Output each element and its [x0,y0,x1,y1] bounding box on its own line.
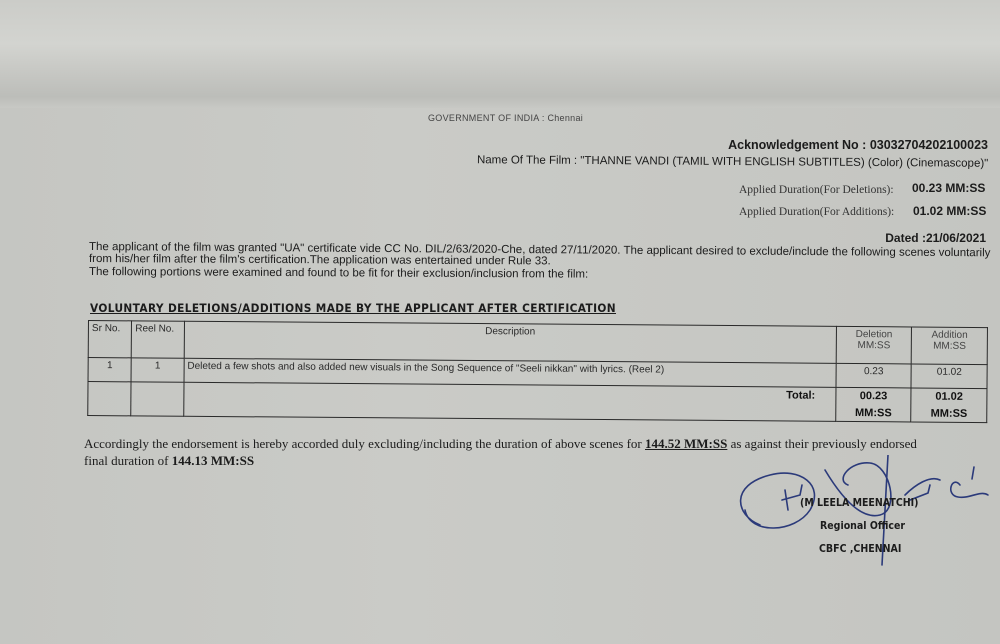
dated: Dated :21/06/2021 [885,231,986,245]
intro-line-2: from his/her film after the film's certi… [89,253,551,267]
section-heading: VOLUNTARY DELETIONS/ADDITIONS MADE BY TH… [90,301,616,315]
film-label: Name Of The Film : [477,154,577,167]
endorsement-line-2: final duration of 144.13 MM:SS [84,453,254,469]
header-deletion: Deletion MM:SS [836,326,912,364]
total-addition-unit: MM:SS [915,407,984,420]
dated-label: Dated : [885,231,926,245]
endorsement-line-1: Accordingly the endorsement is hereby ac… [84,436,917,452]
signatory-name: (M LEELA MEENATCHI) [800,497,919,509]
signatory-designation: Regional Officer [820,520,905,532]
signature-icon [730,455,1000,575]
total-label: Total: [183,382,835,421]
applied-deletions: Applied Duration(For Deletions): [739,180,894,198]
issuer-heading: GOVERNMENT OF INDIA : Chennai [428,113,583,123]
previous-duration: 144.13 MM:SS [172,453,254,468]
applied-additions: Applied Duration(For Additions): [739,202,894,220]
total-addition-value: 01.02 [915,390,984,403]
header-addition: Addition MM:SS [912,327,988,365]
header-description: Description [184,321,836,363]
table-total-row: Total: 00.23 MM:SS 01.02 MM:SS [88,382,987,423]
dated-value: 21/06/2021 [926,231,986,245]
acknowledgement-number: Acknowledgement No : 03032704202100023 [728,138,988,152]
acknowledgement-value: 03032704202100023 [870,138,988,152]
cell-deletion: 0.23 [836,363,912,388]
header-sr-no: Sr No. [88,321,132,358]
deletions-additions-table: Sr No. Reel No. Description Deletion MM:… [87,320,988,423]
endorsement-text: Accordingly the endorsement is hereby ac… [84,436,642,451]
paper-fold-top [0,0,1000,110]
applied-deletions-label: Applied Duration(For Deletions): [739,184,894,196]
acknowledgement-label: Acknowledgement No : [728,138,866,152]
new-duration: 144.52 MM:SS [645,436,727,451]
cell-addition: 01.02 [911,364,987,389]
applied-additions-label: Applied Duration(For Additions): [739,206,894,218]
applied-deletions-value: 00.23 MM:SS [912,181,985,195]
endorsement-text-suffix: as against their previously endorsed [731,436,917,451]
cell-reel-no: 1 [131,358,184,382]
empty-cell [88,382,132,416]
header-reel-no: Reel No. [132,321,185,358]
empty-cell [131,382,184,416]
total-addition: 01.02 MM:SS [911,388,987,423]
applied-additions-value: 01.02 MM:SS [913,204,986,218]
signatory-office: CBFC ,CHENNAI [819,543,901,555]
total-deletion-unit: MM:SS [839,407,908,420]
cell-sr-no: 1 [88,358,132,382]
total-deletion: 00.23 MM:SS [836,387,912,422]
endorsement-final-text: final duration of [84,453,168,468]
total-deletion-value: 00.23 [839,390,908,403]
